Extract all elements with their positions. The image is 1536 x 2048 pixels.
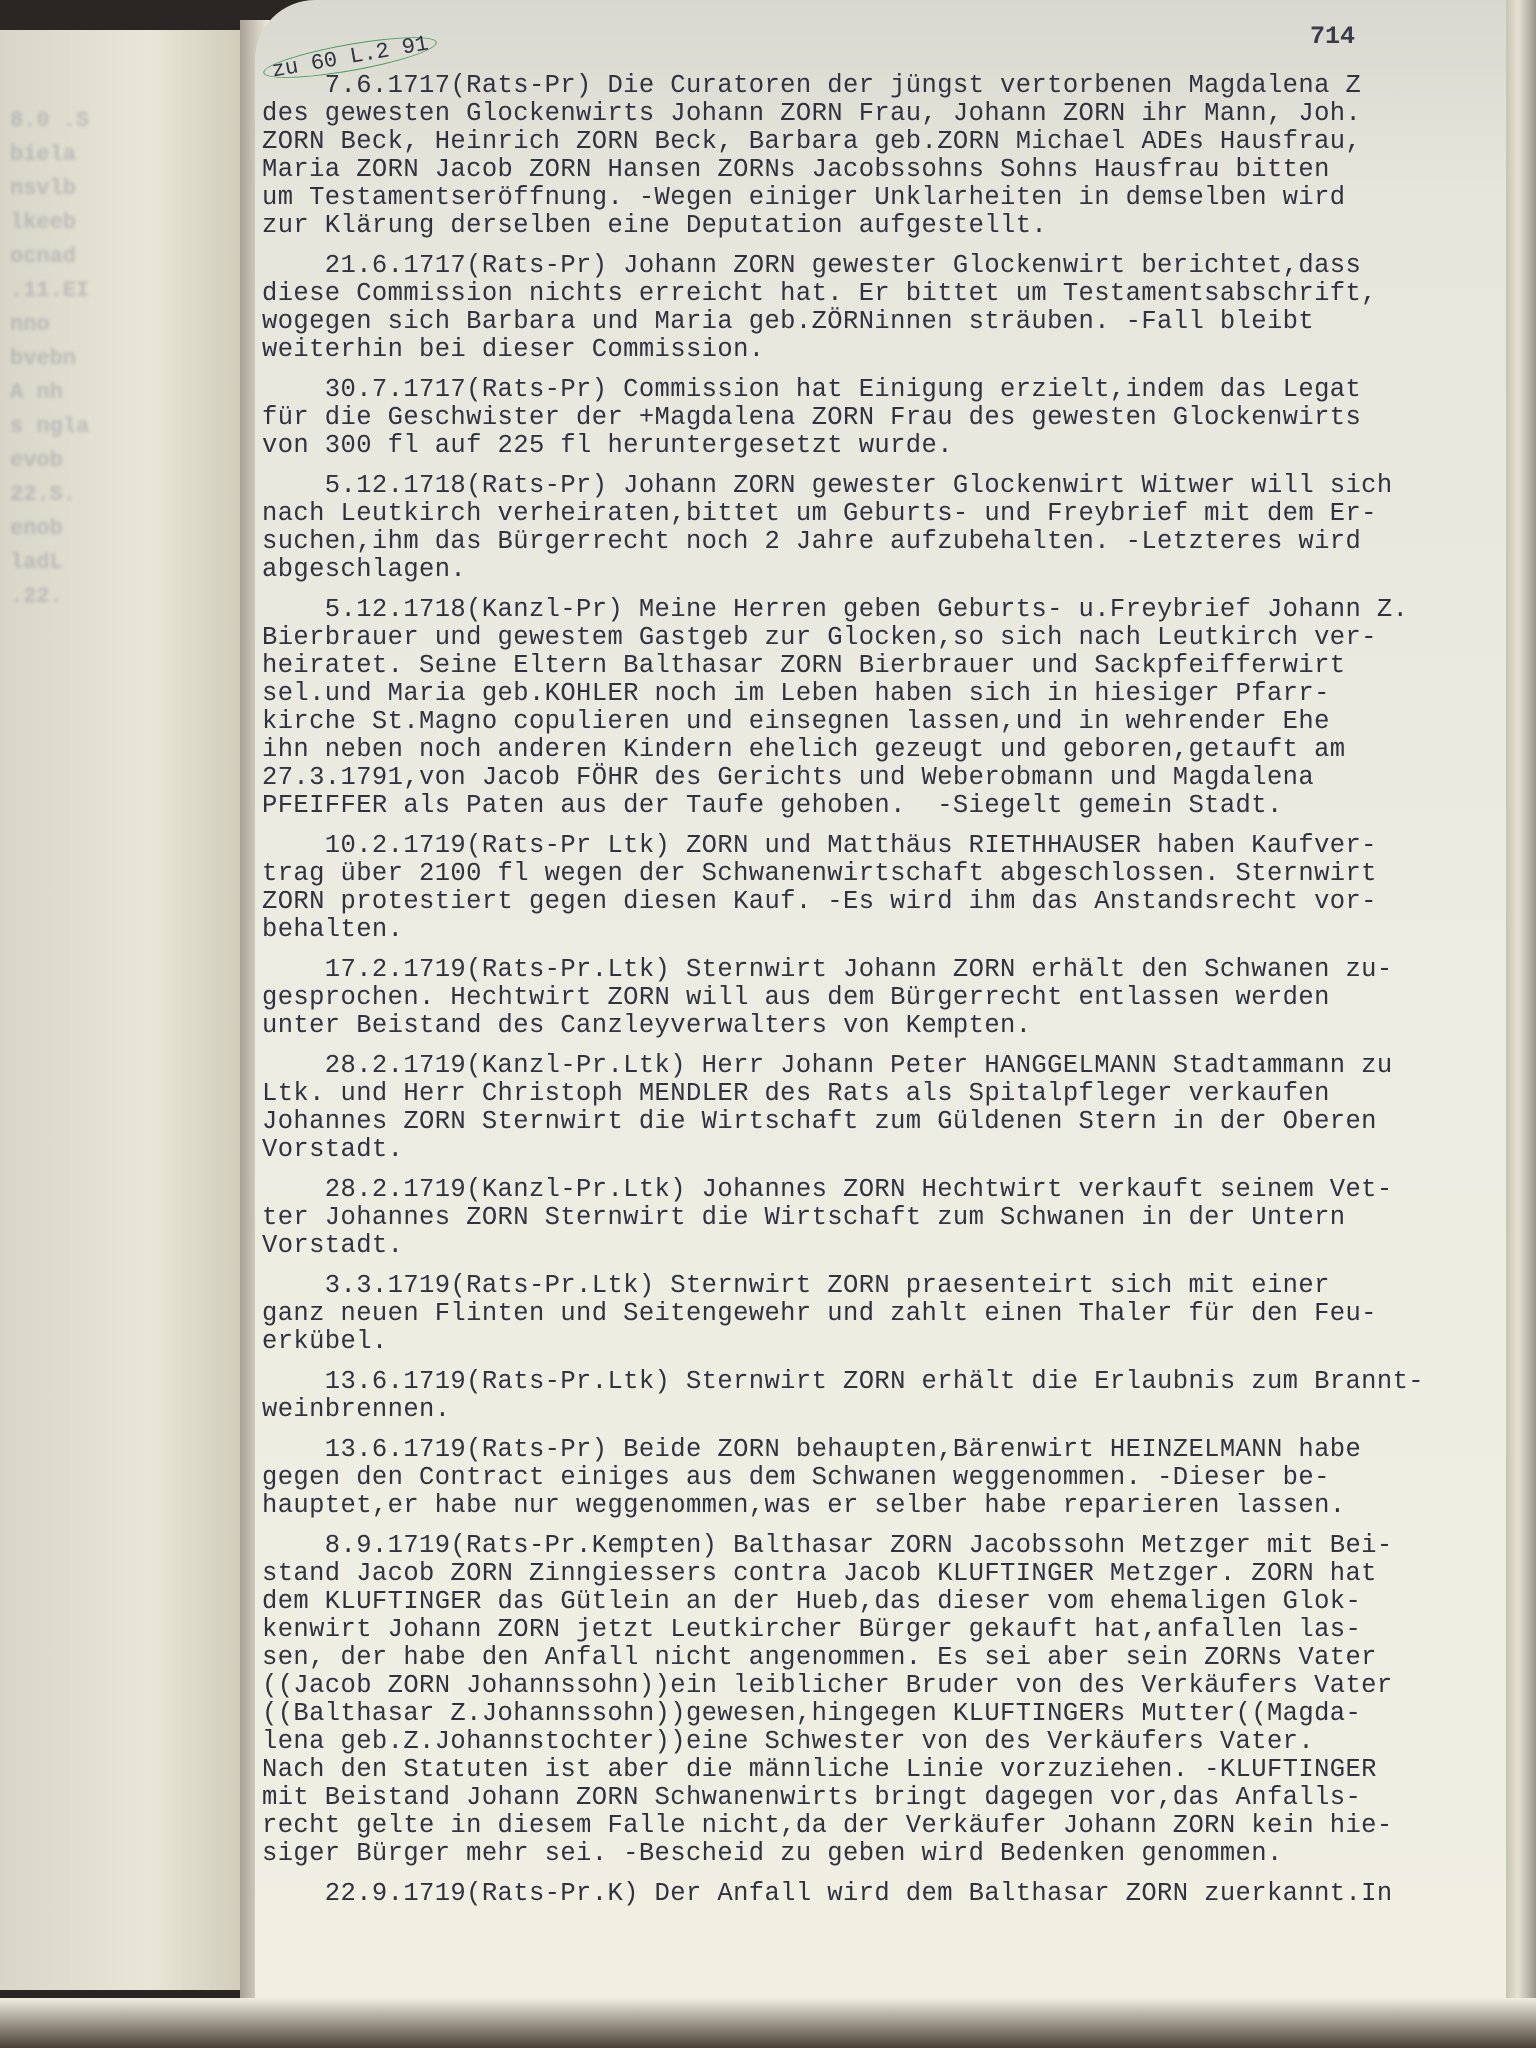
text-line: 28.2.1719(Kanzl-Pr.Ltk) Johannes ZORN He… bbox=[262, 1176, 1482, 1204]
text-line: kenwirt Johann ZORN jetzt Leutkircher Bü… bbox=[262, 1616, 1482, 1644]
text-line: 7.6.1717(Rats-Pr) Die Curatoren der jüng… bbox=[262, 72, 1482, 100]
text-line: kirche St.Magno copulieren und einsegnen… bbox=[262, 708, 1482, 736]
text-line: mit Beistand Johann ZORN Schwanenwirts b… bbox=[262, 1784, 1482, 1812]
text-line: ganz neuen Flinten und Seitengewehr und … bbox=[262, 1300, 1482, 1328]
text-line: ihn neben noch anderen Kindern ehelich g… bbox=[262, 736, 1482, 764]
text-line: 10.2.1719(Rats-Pr Ltk) ZORN und Matthäus… bbox=[262, 832, 1482, 860]
text-line: siger Bürger mehr sei. -Bescheid zu gebe… bbox=[262, 1840, 1482, 1868]
text-line: Nach den Statuten ist aber die männliche… bbox=[262, 1756, 1482, 1784]
text-line: PFEIFFER als Paten aus der Taufe gehoben… bbox=[262, 792, 1482, 820]
text-line: um Testamentseröffnung. -Wegen einiger U… bbox=[262, 184, 1482, 212]
text-line: des gewesten Glockenwirts Johann ZORN Fr… bbox=[262, 100, 1482, 128]
text-line: recht gelte in diesem Falle nicht,da der… bbox=[262, 1812, 1482, 1840]
text-line: wogegen sich Barbara und Maria geb.ZÖRNi… bbox=[262, 308, 1482, 336]
bottom-shadow bbox=[0, 1998, 1536, 2048]
record-entry: 13.6.1719(Rats-Pr.Ltk) Sternwirt ZORN er… bbox=[262, 1368, 1482, 1424]
text-line: von 300 fl auf 225 fl heruntergesetzt wu… bbox=[262, 432, 1482, 460]
text-line: 17.2.1719(Rats-Pr.Ltk) Sternwirt Johann … bbox=[262, 956, 1482, 984]
text-line: Bierbrauer und gewestem Gastgeb zur Gloc… bbox=[262, 624, 1482, 652]
text-line: suchen,ihm das Bürgerrecht noch 2 Jahre … bbox=[262, 528, 1482, 556]
text-line: 27.3.1791,von Jacob FÖHR des Gerichts un… bbox=[262, 764, 1482, 792]
text-line: sel.und Maria geb.KOHLER noch im Leben h… bbox=[262, 680, 1482, 708]
text-line: hauptet,er habe nur weggenommen,was er s… bbox=[262, 1492, 1482, 1520]
text-line: 5.12.1718(Rats-Pr) Johann ZORN gewester … bbox=[262, 472, 1482, 500]
text-line: 13.6.1719(Rats-Pr) Beide ZORN behaupten,… bbox=[262, 1436, 1482, 1464]
text-line: Ltk. und Herr Christoph MENDLER des Rats… bbox=[262, 1080, 1482, 1108]
text-line: nach Leutkirch verheiraten,bittet um Geb… bbox=[262, 500, 1482, 528]
text-line: Vorstadt. bbox=[262, 1136, 1482, 1164]
text-line: 21.6.1717(Rats-Pr) Johann ZORN gewester … bbox=[262, 252, 1482, 280]
text-line: abgeschlagen. bbox=[262, 556, 1482, 584]
text-line: zur Klärung derselben eine Deputation au… bbox=[262, 212, 1482, 240]
text-line: gegen den Contract einiges aus dem Schwa… bbox=[262, 1464, 1482, 1492]
record-entry: 30.7.1717(Rats-Pr) Commission hat Einigu… bbox=[262, 376, 1482, 460]
left-page-bleedthrough: 8.0 .S biela nsvlb lkeeb ocnad .11.EI nn… bbox=[10, 70, 230, 614]
text-line: stand Jacob ZORN Zinngiessers contra Jac… bbox=[262, 1560, 1482, 1588]
record-entry: 10.2.1719(Rats-Pr Ltk) ZORN und Matthäus… bbox=[262, 832, 1482, 944]
record-entry: 17.2.1719(Rats-Pr.Ltk) Sternwirt Johann … bbox=[262, 956, 1482, 1040]
text-line: gesprochen. Hechtwirt ZORN will aus dem … bbox=[262, 984, 1482, 1012]
text-line: 28.2.1719(Kanzl-Pr.Ltk) Herr Johann Pete… bbox=[262, 1052, 1482, 1080]
text-line: Vorstadt. bbox=[262, 1232, 1482, 1260]
text-line: 8.9.1719(Rats-Pr.Kempten) Balthasar ZORN… bbox=[262, 1532, 1482, 1560]
text-line: heiratet. Seine Eltern Balthasar ZORN Bi… bbox=[262, 652, 1482, 680]
record-entry: 28.2.1719(Kanzl-Pr.Ltk) Johannes ZORN He… bbox=[262, 1176, 1482, 1260]
text-line: lena geb.Z.Johannstochter))eine Schweste… bbox=[262, 1728, 1482, 1756]
left-page: 8.0 .S biela nsvlb lkeeb ocnad .11.EI nn… bbox=[0, 30, 250, 1990]
text-line: sen, der habe den Anfall nicht angenomme… bbox=[262, 1644, 1482, 1672]
text-line: für die Geschwister der +Magdalena ZORN … bbox=[262, 404, 1482, 432]
record-entry: 5.12.1718(Kanzl-Pr) Meine Herren geben G… bbox=[262, 596, 1482, 820]
text-line: ((Balthasar Z.Johannssohn))gewesen,hinge… bbox=[262, 1700, 1482, 1728]
text-line: dem KLUFTINGER das Gütlein an der Hueb,d… bbox=[262, 1588, 1482, 1616]
record-entry: 21.6.1717(Rats-Pr) Johann ZORN gewester … bbox=[262, 252, 1482, 364]
text-line: weinbrennen. bbox=[262, 1396, 1482, 1424]
page-number: 714 bbox=[1310, 22, 1355, 51]
record-entry: 7.6.1717(Rats-Pr) Die Curatoren der jüng… bbox=[262, 72, 1482, 240]
text-line: unter Beistand des Canzleyverwalters von… bbox=[262, 1012, 1482, 1040]
text-line: diese Commission nichts erreicht hat. Er… bbox=[262, 280, 1482, 308]
record-entry: 22.9.1719(Rats-Pr.K) Der Anfall wird dem… bbox=[262, 1880, 1482, 1908]
page-edge bbox=[1506, 0, 1536, 2048]
text-line: 5.12.1718(Kanzl-Pr) Meine Herren geben G… bbox=[262, 596, 1482, 624]
text-line: 13.6.1719(Rats-Pr.Ltk) Sternwirt ZORN er… bbox=[262, 1368, 1482, 1396]
text-line: weiterhin bei dieser Commission. bbox=[262, 336, 1482, 364]
text-line: 3.3.1719(Rats-Pr.Ltk) Sternwirt ZORN pra… bbox=[262, 1272, 1482, 1300]
text-line: ((Jacob ZORN Johannssohn))ein leiblicher… bbox=[262, 1672, 1482, 1700]
text-line: behalten. bbox=[262, 916, 1482, 944]
text-line: ZORN Beck, Heinrich ZORN Beck, Barbara g… bbox=[262, 128, 1482, 156]
text-line: ZORN protestiert gegen diesen Kauf. -Es … bbox=[262, 888, 1482, 916]
record-entry: 8.9.1719(Rats-Pr.Kempten) Balthasar ZORN… bbox=[262, 1532, 1482, 1868]
record-entry: 5.12.1718(Rats-Pr) Johann ZORN gewester … bbox=[262, 472, 1482, 584]
record-entry: 3.3.1719(Rats-Pr.Ltk) Sternwirt ZORN pra… bbox=[262, 1272, 1482, 1356]
text-line: trag über 2100 fl wegen der Schwanenwirt… bbox=[262, 860, 1482, 888]
text-line: 22.9.1719(Rats-Pr.K) Der Anfall wird dem… bbox=[262, 1880, 1482, 1908]
text-line: 30.7.1717(Rats-Pr) Commission hat Einigu… bbox=[262, 376, 1482, 404]
record-entry: 13.6.1719(Rats-Pr) Beide ZORN behaupten,… bbox=[262, 1436, 1482, 1520]
text-line: erkübel. bbox=[262, 1328, 1482, 1356]
typewritten-text: 7.6.1717(Rats-Pr) Die Curatoren der jüng… bbox=[262, 72, 1482, 1920]
text-line: Maria ZORN Jacob ZORN Hansen ZORNs Jacob… bbox=[262, 156, 1482, 184]
text-line: ter Johannes ZORN Sternwirt die Wirtscha… bbox=[262, 1204, 1482, 1232]
text-line: Johannes ZORN Sternwirt die Wirtschaft z… bbox=[262, 1108, 1482, 1136]
record-entry: 28.2.1719(Kanzl-Pr.Ltk) Herr Johann Pete… bbox=[262, 1052, 1482, 1164]
